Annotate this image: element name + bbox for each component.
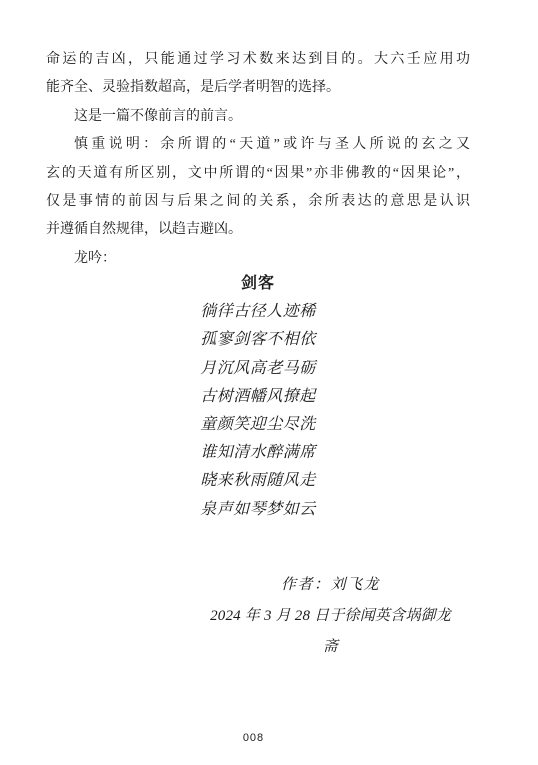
poem-section: 剑客 徜徉古径人迹稀 孤寥剑客不相依 月沉风高老马砺 古树酒幡风撩起 童颜笑迎尘… xyxy=(46,270,470,524)
poem-line: 泉声如琴梦如云 xyxy=(46,496,470,524)
poem-line: 童颜笑迎尘尽洗 xyxy=(46,411,470,439)
preface-body: 命运的吉凶，只能通过学习术数来达到目的。大六壬应用功 能齐全、灵验指数超高，是后… xyxy=(46,46,470,273)
text-line: 能齐全、灵验指数超高，是后学者明智的选择。 xyxy=(46,74,470,102)
poem-line: 晓来秋雨随风走 xyxy=(46,467,470,495)
text-line: 并遵循自然规律，以趋吉避凶。 xyxy=(46,216,470,244)
signature-block: 作者：刘飞龙 2024 年 3 月 28 日于徐闻英含埚御龙斋 xyxy=(203,570,458,663)
date-line: 2024 年 3 月 28 日于徐闻英含埚御龙斋 xyxy=(203,601,458,663)
poem-line: 孤寥剑客不相依 xyxy=(46,326,470,354)
page-number: 008 xyxy=(0,732,507,744)
text-line: 这是一篇不像前言的前言。 xyxy=(46,103,470,131)
poem-title: 剑客 xyxy=(46,270,470,298)
author-line: 作者：刘飞龙 xyxy=(203,570,458,601)
poem-line: 月沉风高老马砺 xyxy=(46,355,470,383)
text-line: 仅是事情的前因与后果之间的关系，余所表达的意思是认识 xyxy=(46,188,470,216)
poem-line: 谁知清水醉满席 xyxy=(46,439,470,467)
document-page: 命运的吉凶，只能通过学习术数来达到目的。大六壬应用功 能齐全、灵验指数超高，是后… xyxy=(0,0,538,765)
text-line: 命运的吉凶，只能通过学习术数来达到目的。大六壬应用功 xyxy=(46,46,470,74)
poem-line: 古树酒幡风撩起 xyxy=(46,383,470,411)
poem-line: 徜徉古径人迹稀 xyxy=(46,298,470,326)
text-line: 慎重说明：余所谓的“天道”或许与圣人所说的玄之又 xyxy=(46,131,470,159)
text-line: 玄的天道有所区别，文中所谓的“因果”亦非佛教的“因果论”， xyxy=(46,160,470,188)
text-line: 龙吟： xyxy=(46,245,470,273)
